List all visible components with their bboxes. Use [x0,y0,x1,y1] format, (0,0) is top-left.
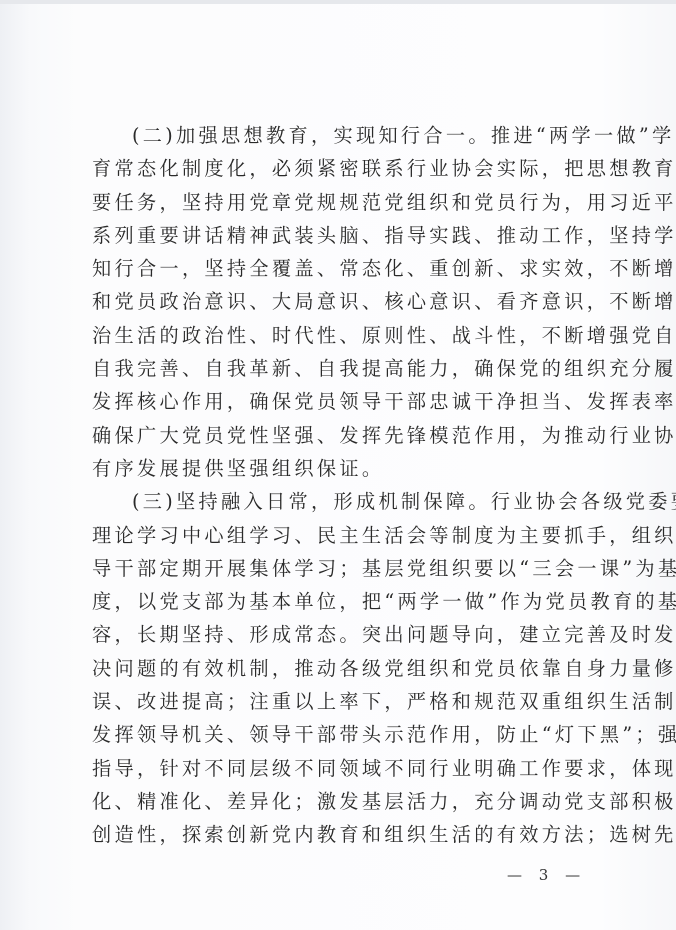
paragraph-2-line-1: (二)加强思想教育，实现知行合一。推进“两学一做”学习教 [92,119,598,152]
paragraph-3-line-4: 度，以党支部为基本单位，把“两学一做”作为党员教育的基本内 [92,585,598,618]
paragraph-2-line-10: 确保广大党员党性坚强、发挥先锋模范作用，为推动行业协会健康 [92,419,598,452]
paragraph-3-line-5: 容，长期坚持、形成常态。突出问题导向，建立完善及时发现和解 [92,618,598,651]
body-text: (二)加强思想教育，实现知行合一。推进“两学一做”学习教 育常态化制度化，必须紧… [92,119,598,852]
paragraph-2-line-11: 有序发展提供坚强组织保证。 [92,452,598,485]
page-edge [0,0,676,4]
document-page: (二)加强思想教育，实现知行合一。推进“两学一做”学习教 育常态化制度化，必须紧… [0,0,676,930]
paragraph-3-line-8: 发挥领导机关、领导干部带头示范作用，防止“灯下黑”；强化分类 [92,718,598,751]
paragraph-3-line-1: (三)坚持融入日常，形成机制保障。行业协会各级党委要以 [92,485,598,518]
paragraph-3-line-3: 导干部定期开展集体学习；基层党组织要以“三会一课”为基本制 [92,552,598,585]
paragraph-3-line-11: 创造性，探索创新党内教育和组织生活的有效方法；选树先进典 [92,818,598,851]
paragraph-2-line-6: 和党员政治意识、大局意识、核心意识、看齐意识，不断增强党内政 [92,285,598,318]
paragraph-2-line-7: 治生活的政治性、时代性、原则性、战斗性，不断增强党自我净化、 [92,319,598,352]
paragraph-3-line-7: 误、改进提高；注重以上率下，严格和规范双重组织生活制度，充分 [92,685,598,718]
paragraph-2-line-3: 要任务，坚持用党章党规规范党组织和党员行为，用习近平总书记 [92,186,598,219]
paragraph-3-line-10: 化、精准化、差异化；激发基层活力，充分调动党支部积极性主动性 [92,785,598,818]
paragraph-2-line-2: 育常态化制度化，必须紧密联系行业协会实际，把思想教育作为首 [92,152,598,185]
paragraph-2-line-4: 系列重要讲话精神武装头脑、指导实践、推动工作，坚持学思践悟、 [92,219,598,252]
paragraph-2-line-8: 自我完善、自我革新、自我提高能力，确保党的组织充分履行职能、 [92,352,598,385]
paragraph-2-line-5: 知行合一，坚持全覆盖、常态化、重创新、求实效，不断增强党组织 [92,252,598,285]
paragraph-3-line-6: 决问题的有效机制，推动各级党组织和党员依靠自身力量修正错 [92,652,598,685]
paragraph-3-line-9: 指导，针对不同层级不同领域不同行业明确工作要求，体现具体 [92,752,598,785]
page-number: — 3 — [507,866,586,884]
paragraph-3-line-2: 理论学习中心组学习、民主生活会等制度为主要抓手，组织党员领 [92,519,598,552]
paragraph-2-line-9: 发挥核心作用，确保党员领导干部忠诚干净担当、发挥表率作用， [92,385,598,418]
